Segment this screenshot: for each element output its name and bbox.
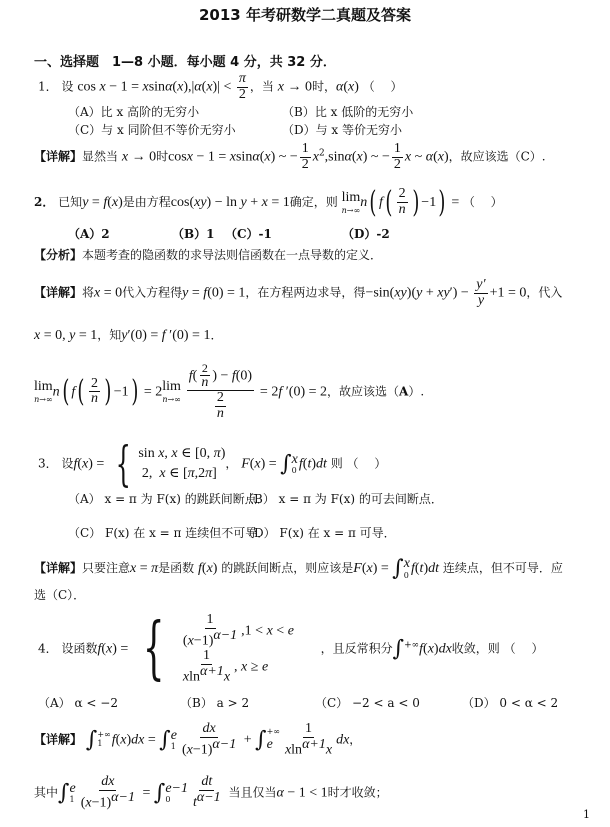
q3-option-b: （B） x = π 为 F(x) 的可去间断点． [242,490,443,507]
q2-solution-line-3: limn→∞n(f(2n)−1) = 2limn→∞ f(2n) − f(0)2… [34,362,424,422]
q2-solution-line-2: x = 0, y = 1，知y′(0) = f ′(0) = 1． [34,326,222,344]
question-number: 1． [38,80,58,94]
q1-option-a: （A）比 x 高阶的无穷小 [68,103,199,120]
q4-option-d: （D） 0 < α < 2 [462,694,558,711]
question-4-stem: 4． 设函数f(x) = { 1(x−1)α−1,1 < x < e 1xlnα… [38,613,543,685]
q2-option-d: （D）-2 [342,225,390,242]
answer-blank: （ ） [463,195,503,209]
q1-option-d: （D）与 x 等价无穷小 [282,121,402,138]
q2-option-a: （A）2 [68,225,110,242]
question-3-stem: 3． 设f(x) = {sin x, x ∈ [0, π) 2, x ∈ [π,… [38,440,386,488]
answer-blank: （ ） [363,80,403,94]
q3-solution-line-2: 选（C）． [34,586,85,603]
document-title: 2013 年考研数学二真题及答案 [0,4,610,25]
q3-option-d: （D） F(x) 在 x = π 可导． [242,524,396,541]
q2-solution-line-1: 【详解】将x = 0代入方程得y = f(0) = 1，在方程两边求导，得−si… [34,278,562,308]
answer-blank: （ ） [347,457,387,471]
section-heading: 一、选择题 1—8 小题．每小题 4 分，共 32 分． [34,51,336,70]
q3-option-c: （C） F(x) 在 x = π 连续但不可导． [68,524,269,541]
question-1-stem: 1． 设 cos x − 1 = xsinα(x),|α(x)| < π2，当 … [38,72,403,102]
q4-option-a: （A） α < −2 [38,694,118,711]
q1-solution: 【详解】显然当 x → 0时cosx − 1 = xsinα(x) ~ −12x… [34,142,546,172]
q4-option-b: （B） a > 2 [180,694,249,711]
q4-option-c: （C） −2 < a < 0 [315,694,420,711]
q3-solution-line-1: 【详解】只要注意x = π是函数 f(x) 的跳跃间断点，则应该是F(x) = … [34,556,563,581]
question-2-stem: 2． 已知y = f(x)是由方程cos(xy) − ln y + x = 1确… [34,185,503,220]
answer-blank: （ ） [504,642,544,656]
q2-option-c: （C）-1 [225,225,272,242]
q1-option-c: （C）与 x 同阶但不等价无穷小 [68,121,236,138]
q3-option-a: （A） x = π 为 F(x) 的跳跃间断点． [68,490,269,507]
q4-solution-line-2: 其中∫e1dx(x−1)α−1 = ∫e−10dttα−1 当且仅当α − 1 … [34,775,388,811]
page-number: 1 [583,808,590,821]
q1-option-b: （B）比 x 低阶的无穷小 [282,103,413,120]
q2-option-b: （B）1 [172,225,215,242]
q2-analysis: 【分析】本题考查的隐函数的求导法则信函数在一点导数的定义． [34,246,382,263]
q4-solution-line-1: 【详解】 ∫+∞1f(x)dx = ∫e1dx(x−1)α−1 + ∫+∞e1x… [34,722,361,758]
solution-label: 【详解】 [34,150,82,164]
